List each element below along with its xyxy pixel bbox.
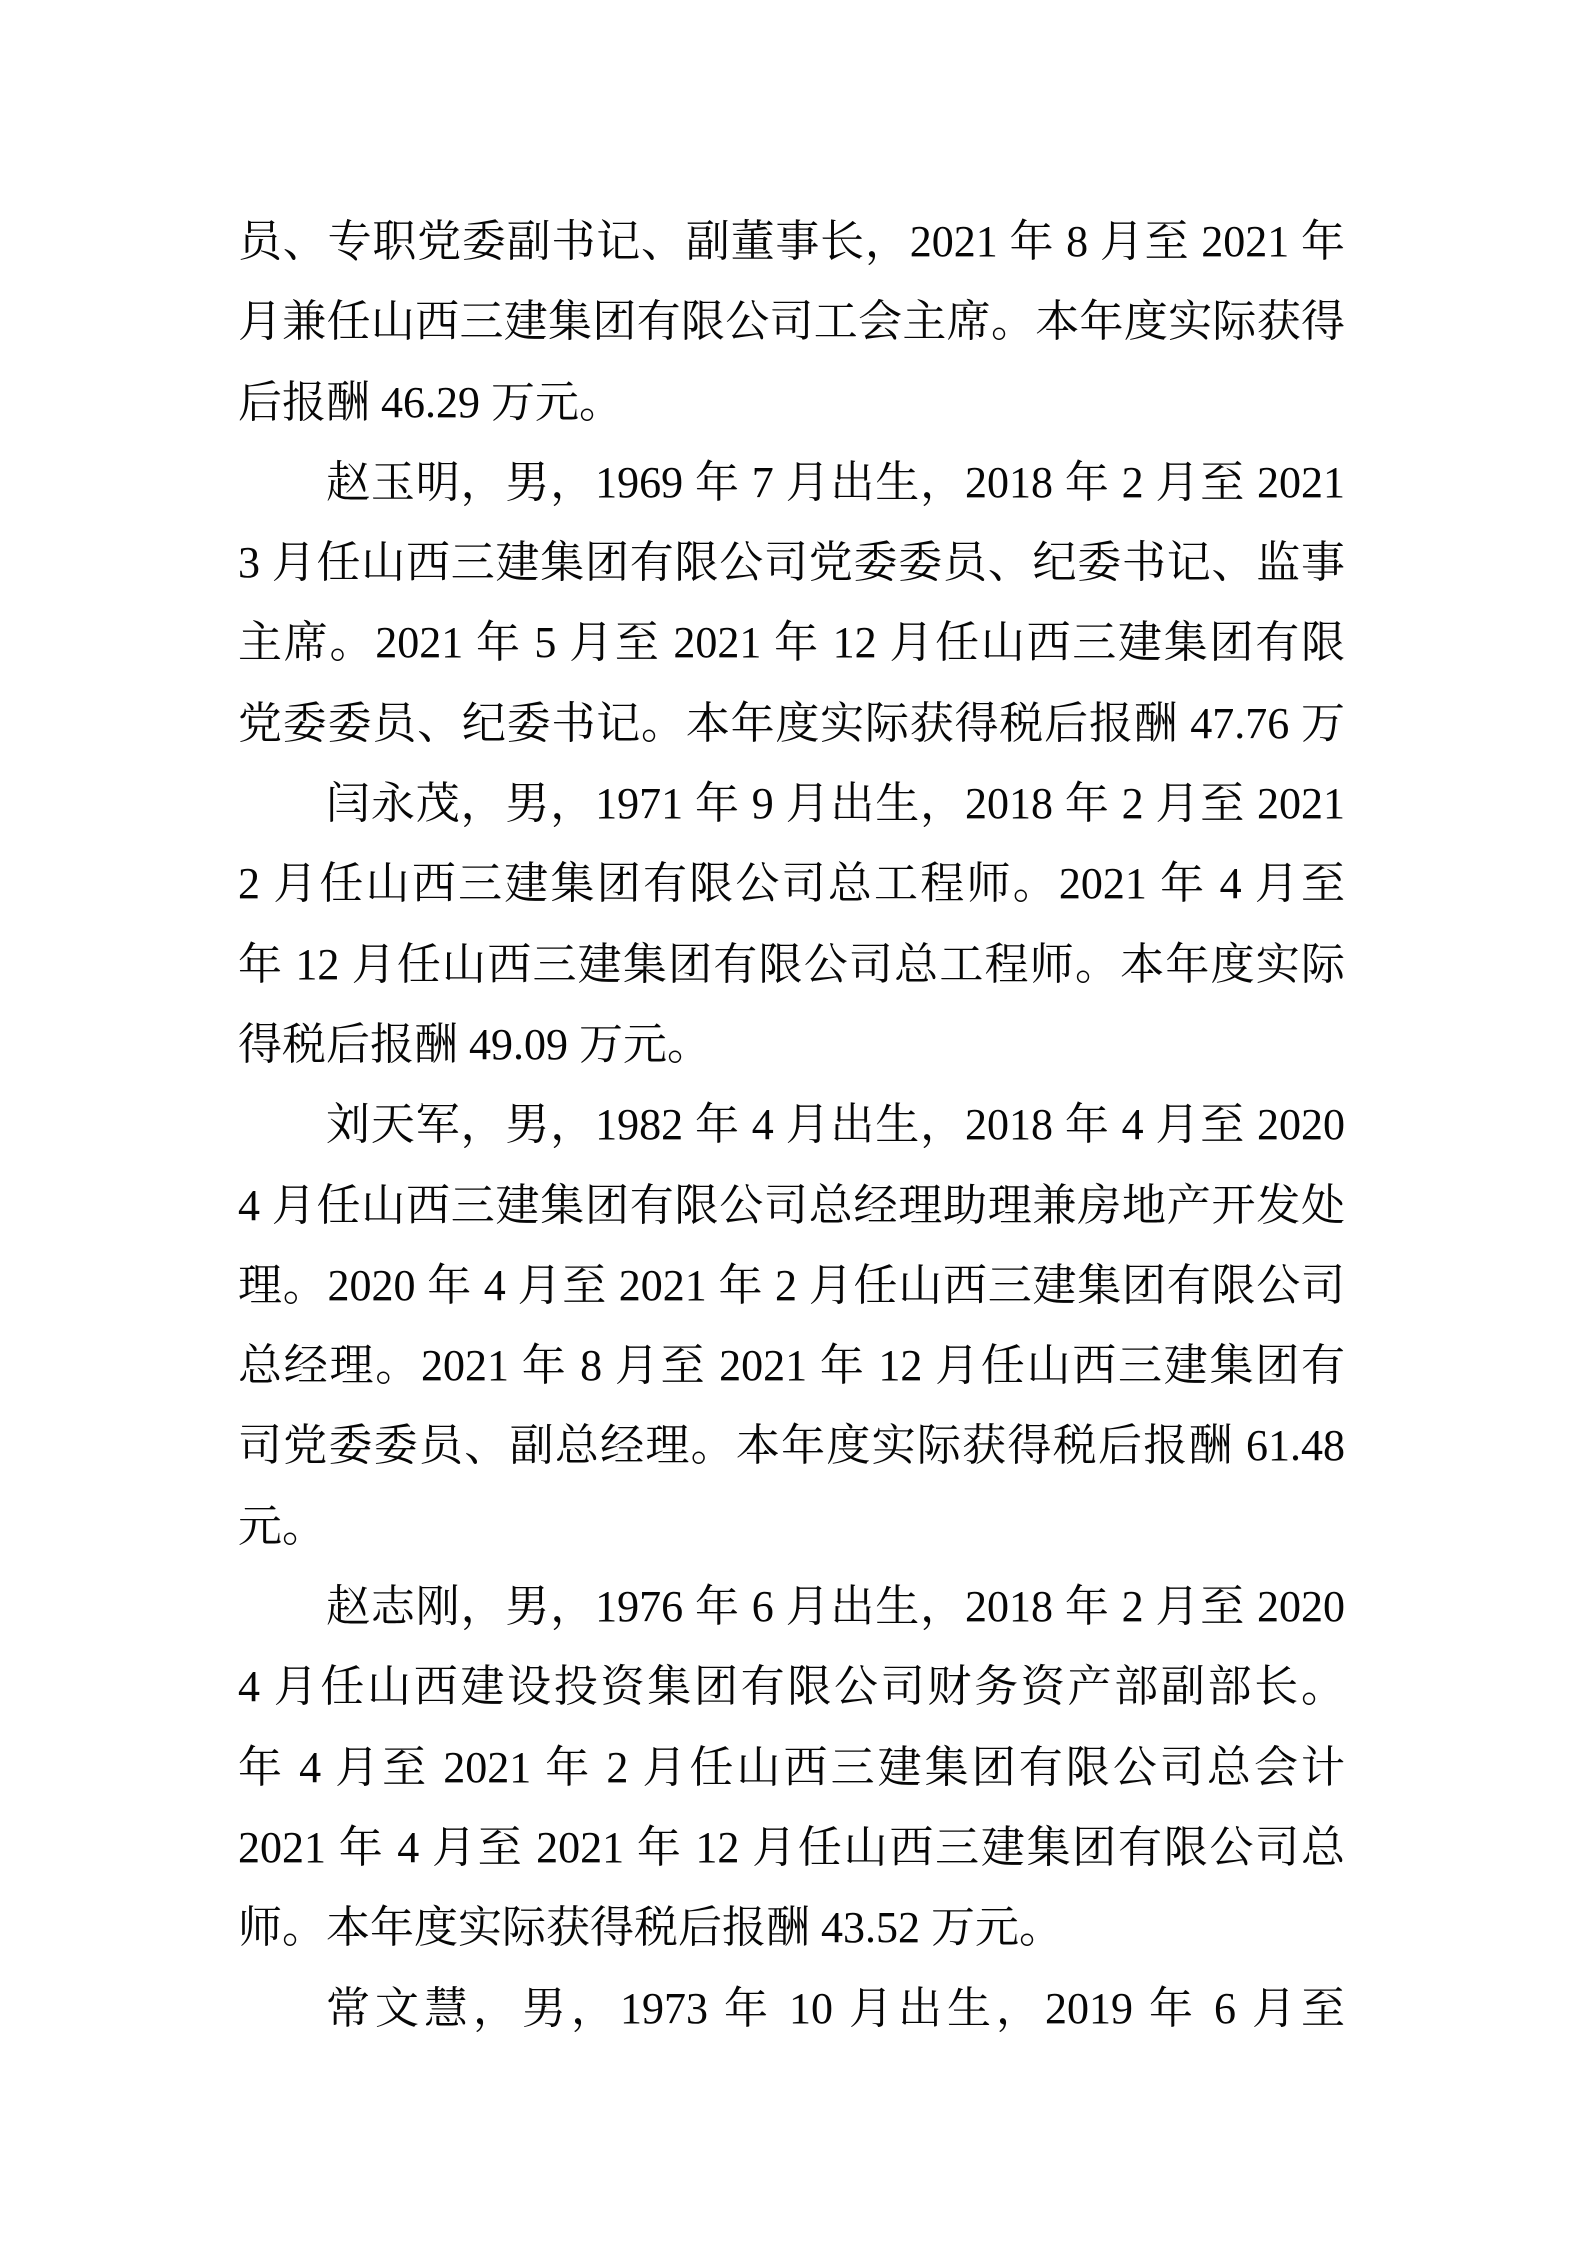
text-line: 赵玉明，男，1969 年 7 月出生，2018 年 2 月至 2021 年 [238, 443, 1345, 523]
text-line: 闫永茂，男，1971 年 9 月出生，2018 年 2 月至 2021 年 [238, 764, 1345, 844]
paragraph-zhao-yuming: 赵玉明，男，1969 年 7 月出生，2018 年 2 月至 2021 年 3 … [238, 443, 1345, 764]
document-page: 员、专职党委副书记、副董事长，2021 年 8 月至 2021 年 12 月兼任… [0, 0, 1587, 2245]
text-line: 2021 年 4 月至 2021 年 12 月任山西三建集团有限公司总会计 [238, 1808, 1345, 1888]
text-line: 得税后报酬 49.09 万元。 [238, 1005, 1345, 1085]
text-line: 总经理。2021 年 8 月至 2021 年 12 月任山西三建集团有限公 [238, 1326, 1345, 1406]
text-line: 4 月任山西三建集团有限公司总经理助理兼房地产开发处经 [238, 1166, 1345, 1246]
text-line: 师。本年度实际获得税后报酬 43.52 万元。 [238, 1888, 1345, 1968]
text-line: 司党委委员、副总经理。本年度实际获得税后报酬 61.48 万 [238, 1406, 1345, 1486]
text-line: 员、专职党委副书记、副董事长，2021 年 8 月至 2021 年 12 [238, 202, 1345, 282]
text-line: 4 月任山西建设投资集团有限公司财务资产部副部长。2020 [238, 1647, 1345, 1727]
text-line: 党委委员、纪委书记。本年度实际获得税后报酬 47.76 万元。 [238, 684, 1345, 764]
paragraph-continuation: 员、专职党委副书记、副董事长，2021 年 8 月至 2021 年 12 月兼任… [238, 202, 1345, 443]
text-line: 理。2020 年 4 月至 2021 年 2 月任山西三建集团有限公司副 [238, 1246, 1345, 1326]
paragraph-liu-tianjun: 刘天军，男，1982 年 4 月出生，2018 年 4 月至 2020 年 4 … [238, 1085, 1345, 1567]
text-line: 年 4 月至 2021 年 2 月任山西三建集团有限公司总会计师。 [238, 1728, 1345, 1808]
paragraph-zhao-zhigang: 赵志刚，男，1976 年 6 月出生，2018 年 2 月至 2020 年 4 … [238, 1567, 1345, 1968]
text-line: 年 12 月任山西三建集团有限公司总工程师。本年度实际获 [238, 925, 1345, 1005]
text-line: 常文慧，男，1973 年 10 月出生，2019 年 6 月至 2021 [238, 1969, 1345, 2049]
paragraph-yan-yongmao: 闫永茂，男，1971 年 9 月出生，2018 年 2 月至 2021 年 2 … [238, 764, 1345, 1085]
text-line: 月兼任山西三建集团有限公司工会主席。本年度实际获得税 [238, 282, 1345, 362]
text-line: 主席。2021 年 5 月至 2021 年 12 月任山西三建集团有限公司 [238, 603, 1345, 683]
text-line: 刘天军，男，1982 年 4 月出生，2018 年 4 月至 2020 年 [238, 1085, 1345, 1165]
text-line: 后报酬 46.29 万元。 [238, 363, 1345, 443]
text-line: 元。 [238, 1487, 1345, 1567]
text-line: 3 月任山西三建集团有限公司党委委员、纪委书记、监事会 [238, 523, 1345, 603]
text-line: 赵志刚，男，1976 年 6 月出生，2018 年 2 月至 2020 年 [238, 1567, 1345, 1647]
paragraph-chang-wenhui: 常文慧，男，1973 年 10 月出生，2019 年 6 月至 2021 [238, 1969, 1345, 2049]
text-block: 员、专职党委副书记、副董事长，2021 年 8 月至 2021 年 12 月兼任… [238, 202, 1345, 2049]
text-line: 2 月任山西三建集团有限公司总工程师。2021 年 4 月至 2021 [238, 844, 1345, 924]
